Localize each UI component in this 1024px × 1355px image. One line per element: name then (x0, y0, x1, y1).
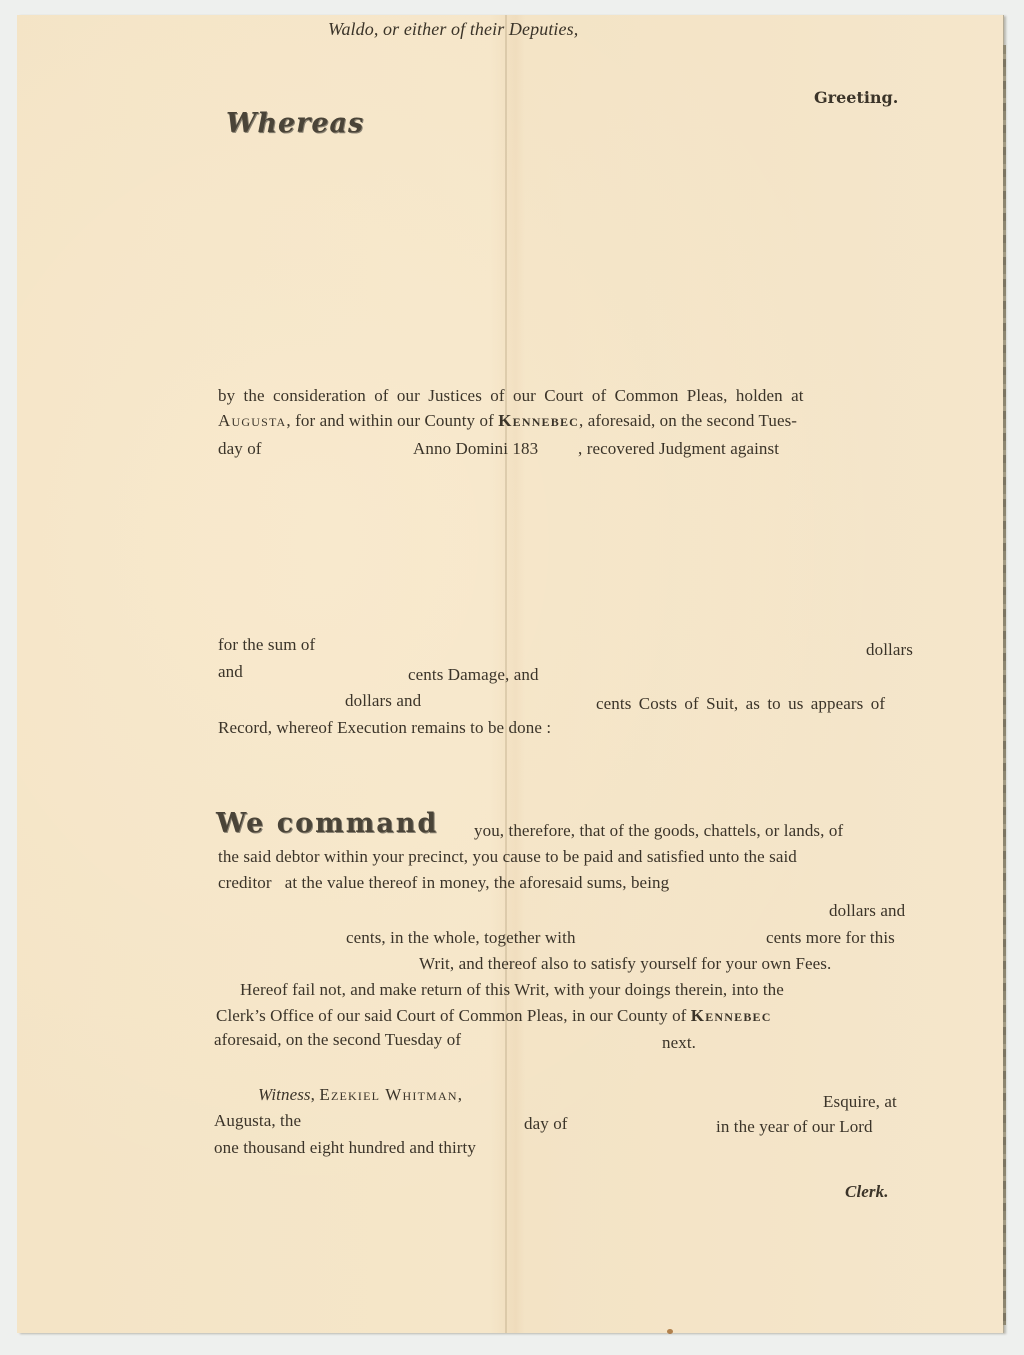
para3-line3: creditor at the value thereof in money, … (218, 873, 669, 893)
cents-more: cents more for this (766, 928, 895, 948)
next-label: next. (662, 1033, 696, 1053)
para3-line2: the said debtor within your precinct, yo… (218, 847, 797, 867)
day-of: day of (524, 1114, 568, 1134)
para1-line1: by the consideration of our Justices of … (218, 386, 804, 406)
witness-line: Witness, Ezekiel Whitman, (258, 1085, 462, 1105)
year-words: one thousand eight hundred and thirty (214, 1138, 476, 1158)
writ-line: Writ, and thereof also to satisfy yourse… (419, 954, 831, 974)
witness-name: Ezekiel Whitman (319, 1085, 457, 1104)
clerk-office-line: Clerk’s Office of our said Court of Comm… (216, 1006, 772, 1026)
place-augusta: Augusta (218, 411, 286, 430)
year-of-lord: in the year of our Lord (716, 1117, 873, 1137)
para1-line2-end: , aforesaid, on the second Tues- (579, 411, 797, 430)
command-heading: We command (216, 808, 438, 839)
cents-costs: cents Costs of Suit, as to us appears of (596, 694, 885, 714)
para1-line2: Augusta, for and within our County of Ke… (218, 411, 797, 431)
clerk-label: Clerk. (845, 1182, 889, 1202)
whereas-heading: Whereas (226, 108, 364, 139)
dollars-1: dollars (866, 640, 913, 660)
esquire-label: Esquire, at (823, 1092, 897, 1112)
clerk-office-text: Clerk’s Office of our said Court of Comm… (216, 1006, 691, 1025)
cents-whole: cents, in the whole, together with (346, 928, 576, 948)
witness-label: Witness (258, 1085, 311, 1104)
para3-dollars-and: dollars and (829, 901, 905, 921)
county-kennebec: Kennebec (498, 411, 579, 430)
para1-line2-mid: , for and within our County of (286, 411, 498, 430)
anno-domini: Anno Domini 183 (413, 439, 538, 459)
para3-line1: you, therefore, that of the goods, chatt… (474, 821, 843, 841)
para1-line3-end: , recovered Judgment against (578, 439, 779, 459)
sum-label: for the sum of (218, 635, 315, 655)
and-1: and (218, 662, 243, 682)
augusta-the: Augusta, the (214, 1111, 301, 1131)
hereof-line: Hereof fail not, and make return of this… (240, 980, 784, 1000)
header-line: Waldo, or either of their Deputies, (328, 19, 578, 39)
dollars-and-costs: dollars and (345, 691, 421, 711)
para1-line3-start: day of (218, 439, 262, 459)
deckle-edge (1003, 45, 1006, 1325)
witness-comma-2: , (458, 1085, 462, 1104)
aforesaid-line: aforesaid, on the second Tuesday of (214, 1030, 461, 1050)
cents-damage: cents Damage, and (408, 665, 539, 685)
county-kennebec-2: Kennebec (691, 1006, 772, 1025)
greeting: Greeting. (814, 88, 898, 107)
paper-stain (667, 1329, 673, 1334)
record-line: Record, whereof Execution remains to be … (218, 718, 551, 738)
